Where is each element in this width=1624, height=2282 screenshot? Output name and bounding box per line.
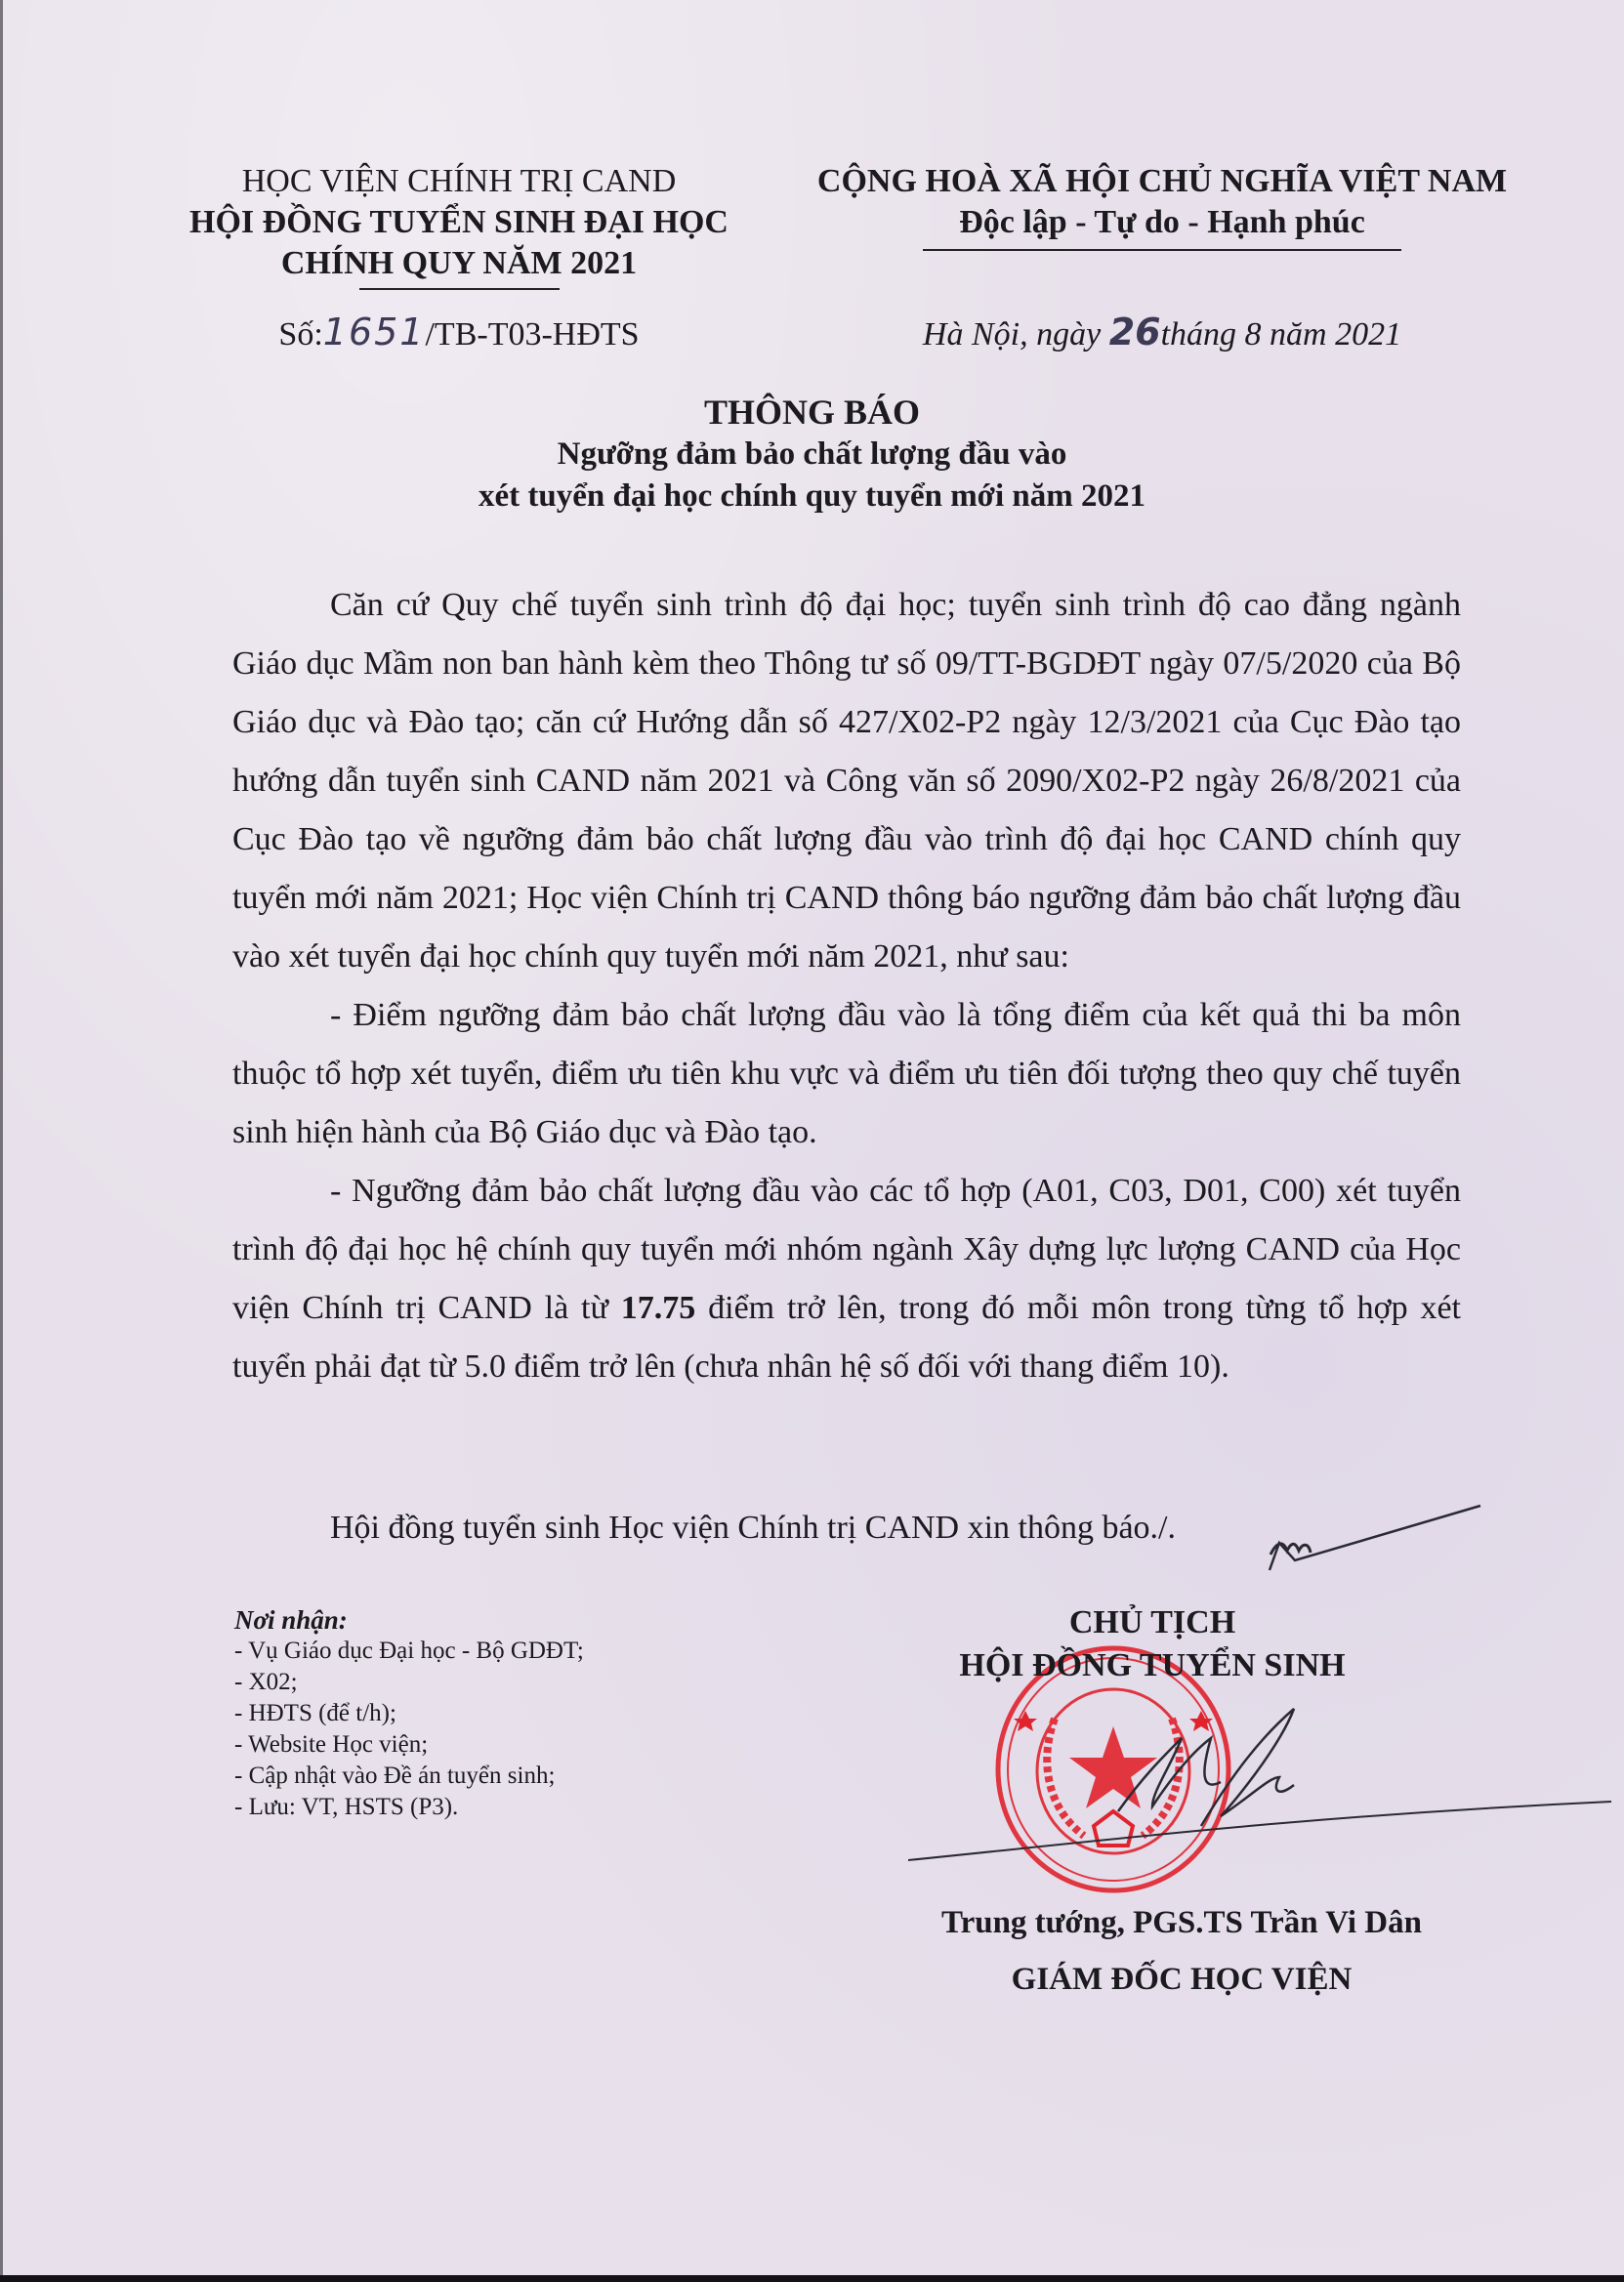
date-day-handwritten: 26 — [1109, 311, 1161, 353]
national-motto-header: CỘNG HOÀ XÃ HỘI CHỦ NGHĨA VIỆT NAM Độc l… — [771, 161, 1553, 251]
date-suffix: tháng 8 năm 2021 — [1161, 316, 1402, 353]
recipient-item: - Lưu: VT, HSTS (P3). — [234, 1792, 584, 1823]
paragraph-threshold-definition: - Điểm ngưỡng đảm bảo chất lượng đầu vào… — [232, 986, 1461, 1162]
scan-edge-left — [0, 0, 3, 2282]
paragraph-threshold-value: - Ngưỡng đảm bảo chất lượng đầu vào các … — [232, 1162, 1461, 1396]
docno-prefix: Số: — [278, 316, 322, 353]
scan-edge-bottom — [0, 2275, 1624, 2282]
recipient-item: - HĐTS (để t/h); — [234, 1698, 584, 1729]
date-prefix: Hà Nội, ngày — [923, 316, 1109, 353]
initials-mark-icon — [1266, 1494, 1500, 1572]
docno-suffix: /TB-T03-HĐTS — [425, 316, 639, 353]
title-main: THÔNG BÁO — [0, 391, 1624, 434]
signatory-block: Trung tướng, PGS.TS Trần Vi Dân GIÁM ĐỐC… — [840, 1894, 1523, 2008]
document-number: Số:1651/TB-T03-HĐTS — [166, 311, 752, 353]
signatory-position: GIÁM ĐỐC HỌC VIỆN — [840, 1951, 1523, 2008]
org-name: HỌC VIỆN CHÍNH TRỊ CAND — [166, 161, 752, 202]
closing-statement: Hội đồng tuyển sinh Học viện Chính trị C… — [330, 1510, 1176, 1547]
council-name-line2: CHÍNH QUY NĂM 2021 — [166, 243, 752, 284]
motto: Độc lập - Tự do - Hạnh phúc — [771, 202, 1553, 243]
nation-name: CỘNG HOÀ XÃ HỘI CHỦ NGHĨA VIỆT NAM — [771, 161, 1553, 202]
signatory-title: CHỦ TỊCH HỘI ĐỒNG TUYỂN SINH — [850, 1601, 1455, 1687]
paragraph-basis: Căn cứ Quy chế tuyển sinh trình độ đại h… — [232, 576, 1461, 986]
docno-handwritten: 1651 — [323, 311, 426, 353]
council-name: HỘI ĐỒNG TUYỂN SINH ĐẠI HỌC — [166, 202, 752, 243]
recipient-item: - Cập nhật vào Đề án tuyển sinh; — [234, 1761, 584, 1792]
handwritten-signature-icon — [908, 1699, 1611, 1875]
title-sub-2: xét tuyển đại học chính quy tuyển mới nă… — [0, 476, 1624, 518]
motto-underline — [923, 249, 1401, 251]
signatory-role-1: CHỦ TỊCH — [850, 1601, 1455, 1644]
recipients-list: Nơi nhận: - Vụ Giáo dục Đại học - Bộ GDĐ… — [234, 1604, 584, 1823]
document-body: Căn cứ Quy chế tuyển sinh trình độ đại h… — [232, 576, 1461, 1396]
recipient-item: - Website Học viện; — [234, 1729, 584, 1761]
document-date: Hà Nội, ngày 26tháng 8 năm 2021 — [771, 311, 1553, 353]
signatory-name: Trung tướng, PGS.TS Trần Vi Dân — [840, 1894, 1523, 1951]
issuing-org-header: HỌC VIỆN CHÍNH TRỊ CAND HỘI ĐỒNG TUYỂN S… — [166, 161, 752, 290]
recipients-title: Nơi nhận: — [234, 1604, 584, 1636]
recipient-item: - Vụ Giáo dục Đại học - Bộ GDĐT; — [234, 1636, 584, 1667]
recipient-item: - X02; — [234, 1667, 584, 1698]
document-title: THÔNG BÁO Ngưỡng đảm bảo chất lượng đầu … — [0, 391, 1624, 518]
signatory-role-2: HỘI ĐỒNG TUYỂN SINH — [850, 1644, 1455, 1687]
threshold-score: 17.75 — [621, 1290, 696, 1326]
title-sub-1: Ngưỡng đảm bảo chất lượng đầu vào — [0, 434, 1624, 476]
header-underline — [359, 288, 560, 290]
